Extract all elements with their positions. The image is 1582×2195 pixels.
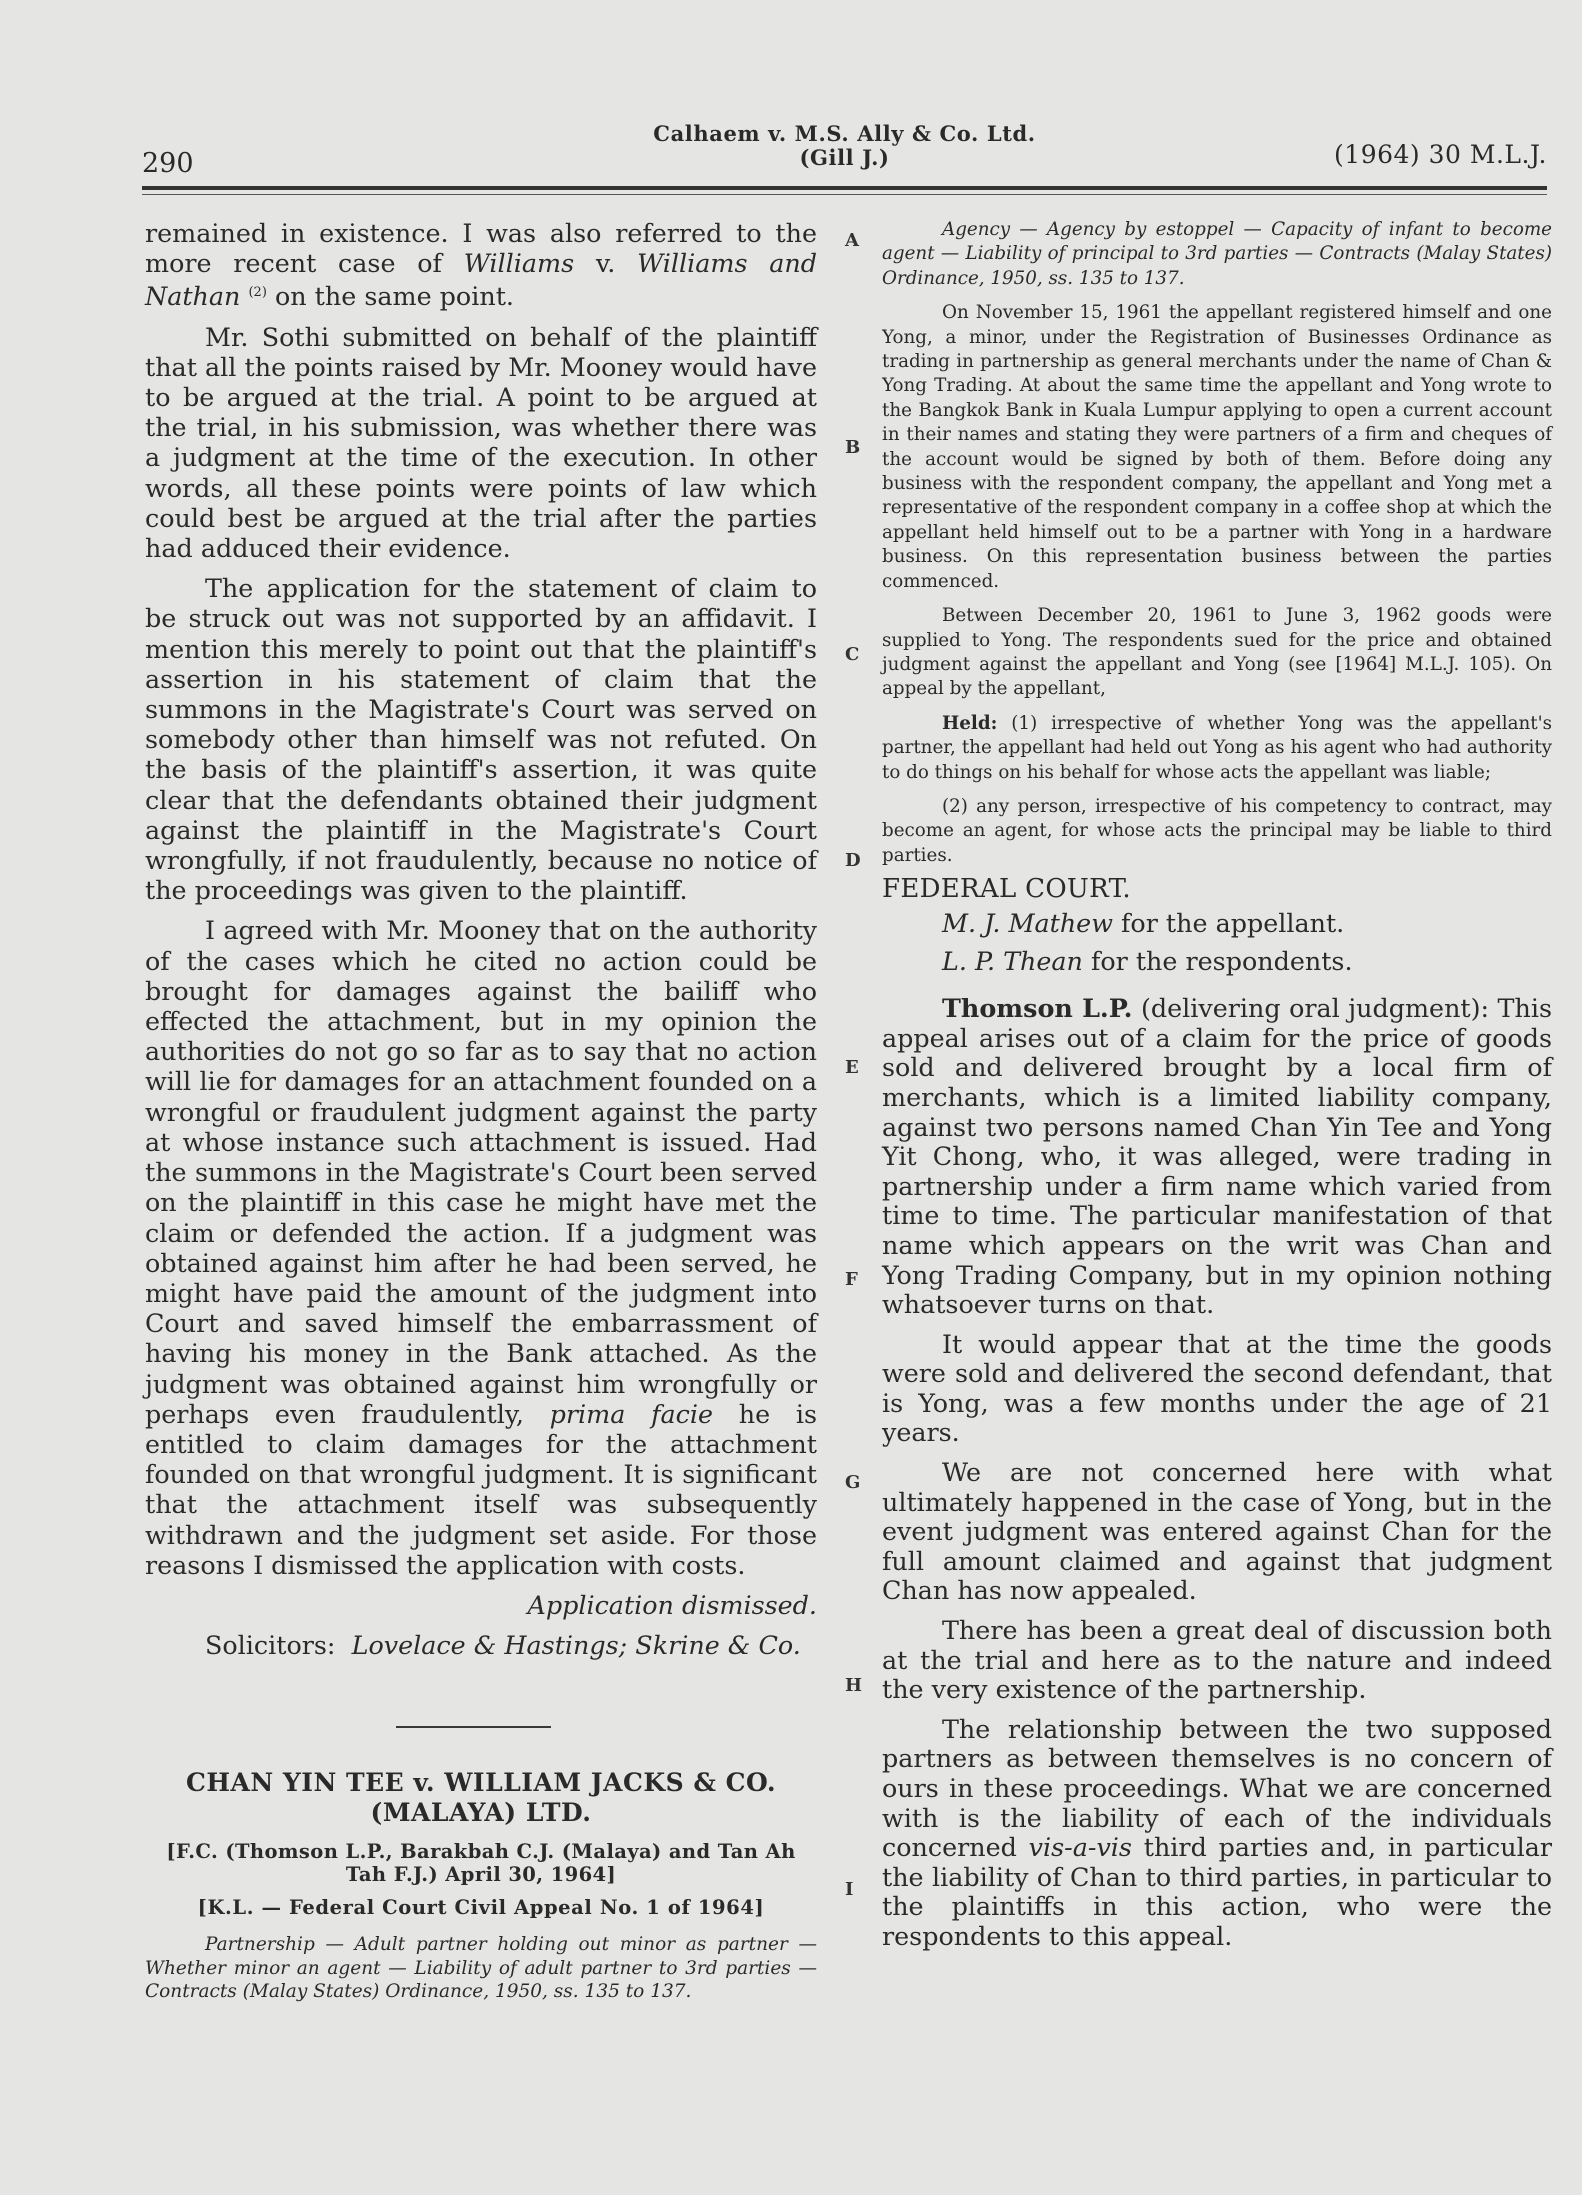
case-title: CHAN YIN TEE v. WILLIAM JACKS & CO. (MAL… (145, 1768, 817, 1828)
header-rule-thick (142, 186, 1547, 190)
result-line: Application dismissed. (145, 1590, 817, 1620)
footnote-ref: (2) (248, 285, 266, 300)
counsel-appellant: M. J. Mathew for the appellant. (882, 904, 1552, 942)
headnote-held-2: (2) any person, irrespective of his comp… (882, 795, 1552, 868)
header-rule-thin (142, 194, 1547, 195)
latin-phrase: prima facie (550, 1399, 713, 1429)
held-label: Held: (942, 713, 997, 734)
case-separator-rule (396, 1726, 551, 1728)
paragraph-sothi: Mr. Sothi submitted on behalf of the pla… (145, 322, 817, 564)
margin-letter-a: A (845, 230, 859, 251)
margin-letter-i: I (845, 1879, 853, 1900)
judgment-paragraph-2: It would appear that at the time the goo… (882, 1330, 1552, 1448)
judgment-paragraph-5: The relationship between the two suppose… (882, 1715, 1552, 1952)
paragraph-application: The application for the statement of cla… (145, 573, 817, 905)
paragraph-continuation: remained in existence. I was also referr… (145, 218, 817, 312)
margin-letter-e: E (845, 1057, 859, 1078)
headnote-facts-1: On November 15, 1961 the appellant regis… (882, 301, 1552, 594)
paragraph-mooney: I agreed with Mr. Mooney that on the aut… (145, 915, 817, 1579)
judgment-paragraph-3: We are not concerned here with what ulti… (882, 1458, 1552, 1606)
judgment-paragraph-1: Thomson L.P. (delivering oral judgment):… (882, 994, 1552, 1320)
margin-letter-b: B (845, 437, 860, 458)
latin-phrase: vis-a-vis (1029, 1832, 1132, 1862)
catchwords-agency: Agency — Agency by estoppel — Capacity o… (882, 218, 1552, 291)
court-name: FEDERAL COURT. (882, 874, 1552, 904)
margin-letter-g: G (845, 1472, 860, 1493)
right-column: Agency — Agency by estoppel — Capacity o… (882, 218, 1552, 1952)
judge-name: Thomson L.P. (942, 993, 1133, 1023)
margin-letter-d: D (845, 850, 861, 871)
page-header: 290 Calhaem v. M.S. Ally & Co. Ltd. (Gil… (142, 122, 1547, 202)
solicitors-line: Solicitors: Lovelace & Hastings; Skrine … (145, 1630, 817, 1660)
case-name: Williams (464, 248, 574, 278)
catchwords-partnership: Partnership — Adult partner holding out … (145, 1933, 817, 2004)
counsel-respondents: L. P. Thean for the respondents. (882, 942, 1552, 980)
margin-letter-c: C (845, 644, 859, 665)
margin-letter-h: H (845, 1675, 862, 1696)
report-citation: (1964) 30 M.L.J. (1334, 140, 1547, 169)
coram: [F.C. (Thomson L.P., Barakbah C.J. (Mala… (145, 1840, 817, 1886)
left-column: remained in existence. I was also referr… (145, 218, 817, 2004)
margin-letter-f: F (845, 1269, 858, 1290)
judgment-paragraph-4: There has been a great deal of discussio… (882, 1616, 1552, 1705)
headnote-facts-2: Between December 20, 1961 to June 3, 196… (882, 604, 1552, 702)
headnote-held-1: Held: (1) irrespective of whether Yong w… (882, 712, 1552, 785)
appeal-number: [K.L. — Federal Court Civil Appeal No. 1… (145, 1896, 817, 1919)
